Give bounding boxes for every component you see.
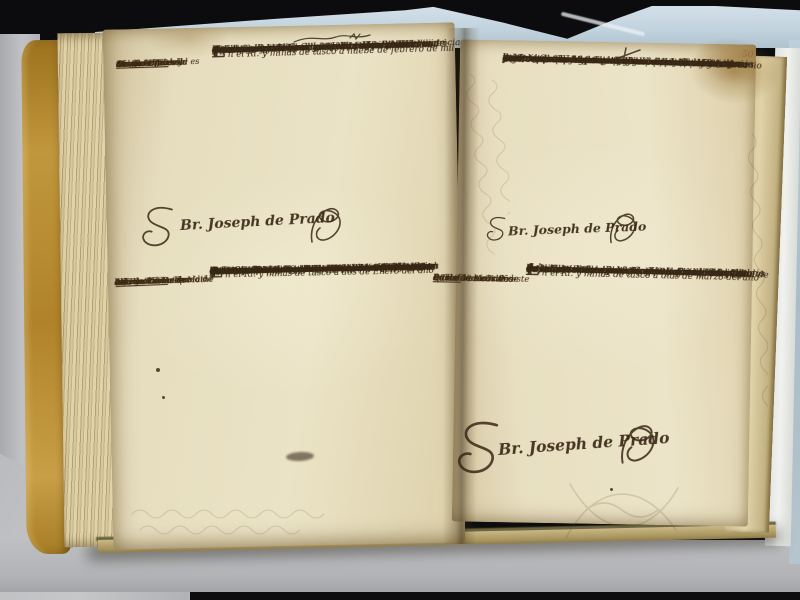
ink-bleedthrough-flourish <box>556 470 686 550</box>
signature-paraph <box>140 204 178 250</box>
edge-ghost-writing <box>742 130 768 450</box>
right-margin-note: Casamiento Ydo-latria de Marcosde la Cru… <box>431 271 531 385</box>
right-entry-2-text: En el Rl. y minas de tasco a dias de mar… <box>522 263 776 441</box>
ink-bleedthrough <box>462 70 510 270</box>
left-margin-note-1: Casamiento deGregorio Juan yMa. Beatriz … <box>116 54 223 193</box>
signature-rubric <box>606 206 640 250</box>
signature-rubric <box>306 202 346 248</box>
signature-paraph <box>456 418 504 478</box>
pen-flourish <box>292 32 372 46</box>
left-entry-2-text: En el Rl. y minas de tasco a dos de Ener… <box>209 261 462 512</box>
ink-speck <box>162 396 165 399</box>
signature-rubric <box>616 416 660 472</box>
left-entry-1-text: En el Rl. y minas de tasco a nuebe de fe… <box>212 39 465 216</box>
photo-of-open-manuscript-book: Casamiento deGregorio Juan yMa. Beatriz … <box>0 0 800 600</box>
ink-bleedthrough <box>130 506 430 544</box>
left-margin-note-2: Informaciones deMarcos de la Cruzsoltero… <box>114 272 220 379</box>
